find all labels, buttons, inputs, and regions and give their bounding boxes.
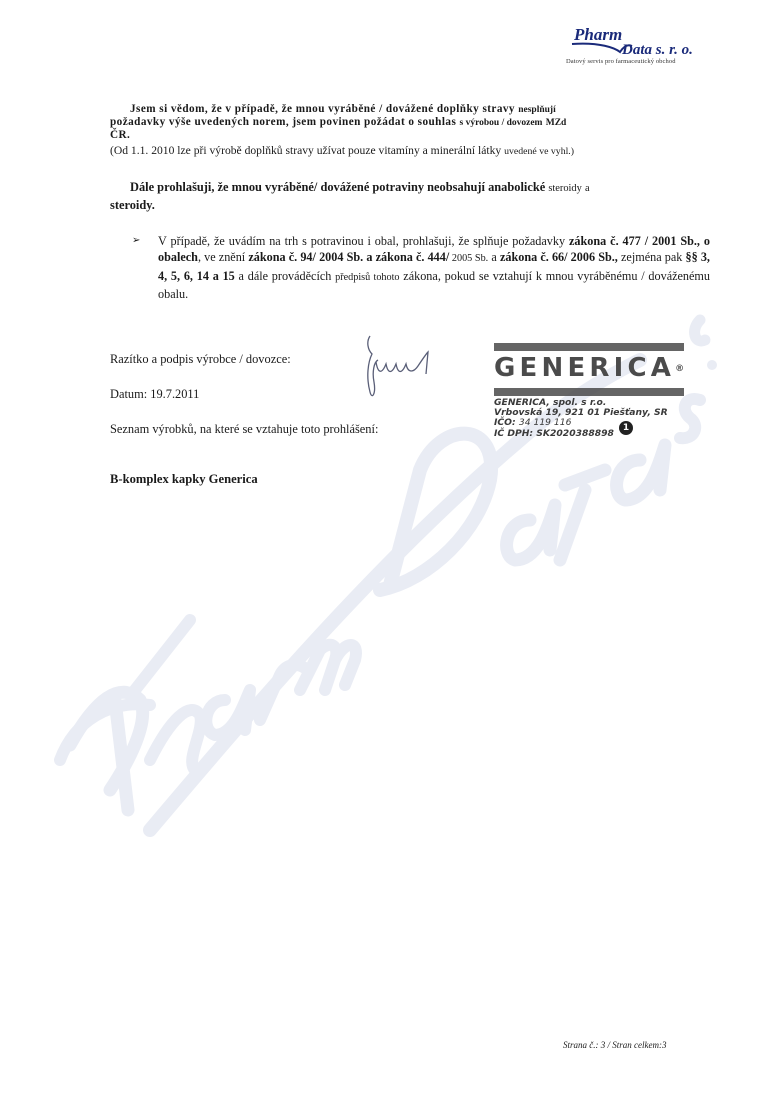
declaration-paragraph-2: Dále prohlašuji, že mnou vyráběné/ dováž… — [110, 179, 707, 214]
logo-tagline: Datový servis pro farmaceutický obchod — [566, 58, 676, 65]
svg-text:Data s. r. o.: Data s. r. o. — [621, 42, 693, 58]
arrow-bullet-icon: ➢ — [132, 233, 140, 249]
product-name: B-komplex kapky Generica — [110, 472, 258, 487]
date-label: Datum: 19.7.2011 — [110, 387, 199, 401]
handwritten-signature — [358, 332, 448, 402]
stamp-address: GENERICA, spol. s r.o. Vrbovská 19, 921 … — [494, 398, 668, 439]
svg-text:Pharm: Pharm — [573, 25, 622, 44]
stamp-bar-top — [494, 343, 684, 351]
document-page: Pharm Data s. r. o. Datový servis pro fa… — [0, 0, 777, 1100]
stamp-number-badge: 1 — [619, 421, 633, 435]
stamp-bar-bottom — [494, 388, 684, 396]
declaration-paragraph-1: Jsem si vědom, že v případě, že mnou vyr… — [110, 103, 707, 141]
vitamin-note: (Od 1.1. 2010 lze při výrobě doplňků str… — [110, 144, 730, 159]
stamp-brand: GENERICA® — [494, 353, 684, 383]
signature-label: Razítko a podpis výrobce / dovozce: — [110, 352, 291, 366]
packaging-declaration-text: V případě, že uvádím na trh s potravinou… — [158, 233, 710, 303]
product-list-label: Seznam výrobků, na které se vztahuje tot… — [110, 422, 378, 436]
company-stamp: GENERICA® GENERICA, spol. s r.o. Vrbovsk… — [488, 340, 708, 450]
page-number: Strana č.: 3 / Stran celkem:3 — [563, 1040, 666, 1050]
